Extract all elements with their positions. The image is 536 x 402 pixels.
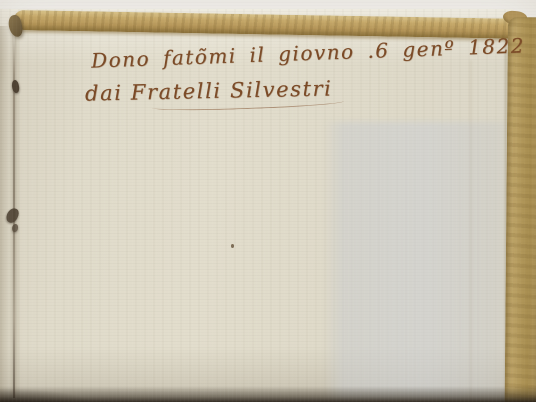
show-through-patch	[324, 122, 508, 402]
page-crease	[470, 60, 472, 402]
bottom-shadow	[0, 386, 536, 402]
right-cover-edge	[505, 17, 536, 402]
book-photo: Dono fatõmi il giovno .6 genº 1822 dai F…	[0, 0, 536, 402]
ink-speck	[231, 244, 234, 248]
